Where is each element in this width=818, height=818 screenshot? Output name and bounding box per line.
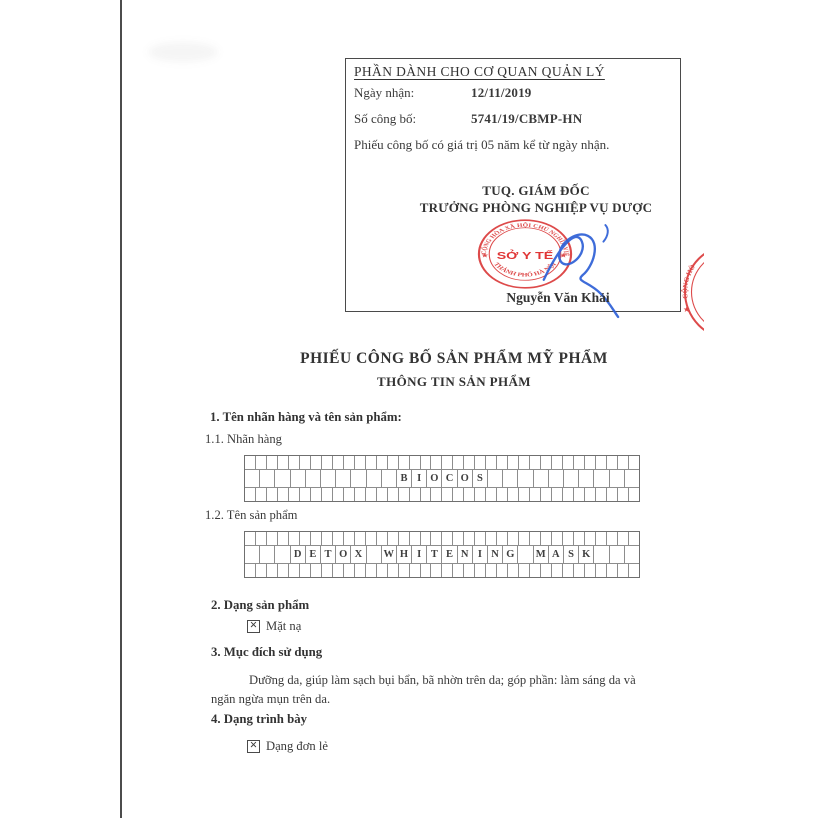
grid-cell [606, 488, 617, 501]
grid-cell [245, 456, 255, 469]
grid-cell [584, 564, 595, 577]
grid-cell [288, 456, 299, 469]
grid-cell [518, 488, 529, 501]
grid-cell [628, 456, 639, 469]
grid-cell [381, 470, 396, 487]
validity-note: Phiếu công bố có giá trị 05 năm kể từ ng… [354, 137, 609, 153]
grid-cell [310, 532, 321, 545]
grid-cell [474, 532, 485, 545]
grid-cell [517, 546, 532, 563]
checkbox-row-mat-na: ✕ Mặt nạ [247, 619, 301, 634]
grid-cell [628, 564, 639, 577]
grid-cell [332, 456, 343, 469]
grid-cell: D [290, 546, 305, 563]
grid-cell [563, 470, 578, 487]
edge-stamp-arc-text: CỘNG HÒ [681, 263, 697, 299]
grid-cell [573, 488, 584, 501]
stamp-star-left-icon: ★ [481, 252, 489, 260]
grid-cell [387, 456, 398, 469]
grid-cell [245, 546, 259, 563]
signer-titles: TUQ. GIÁM ĐỐC TRƯỞNG PHÒNG NGHIỆP VỤ DƯỢ… [401, 183, 671, 216]
grid-cell [606, 564, 617, 577]
grid-cell [441, 456, 452, 469]
brand-letter-grid: BIOCOS [244, 455, 640, 502]
grid-cell [496, 488, 507, 501]
grid-cell: B [396, 470, 411, 487]
grid-cell [387, 532, 398, 545]
grid-cell [452, 532, 463, 545]
grid-cell [628, 488, 639, 501]
grid-cell: T [320, 546, 335, 563]
grid-cell: G [502, 546, 517, 563]
grid-cell: M [533, 546, 548, 563]
grid-cell [617, 532, 628, 545]
grid-cell [551, 564, 562, 577]
grid-cell [376, 488, 387, 501]
grid-cell: O [426, 470, 441, 487]
grid-letter-row: BIOCOS [245, 469, 639, 487]
checkbox-row-dang-don-le: ✕ Dạng đơn lẻ [247, 739, 328, 754]
grid-cell [277, 532, 288, 545]
grid-cell [624, 546, 639, 563]
grid-cell [343, 532, 354, 545]
section-3-heading: 3. Mục đích sử dụng [211, 645, 322, 660]
signer-name: Nguyễn Văn Khải [468, 290, 648, 306]
grid-cell [496, 532, 507, 545]
product-letter-grid: DETOXWHITENINGMASK [244, 531, 640, 578]
grid-cell [343, 564, 354, 577]
grid-cell [398, 564, 409, 577]
grid-cell [310, 456, 321, 469]
grid-letter-row: DETOXWHITENINGMASK [245, 545, 639, 563]
grid-cell [255, 564, 266, 577]
grid-cell: C [441, 470, 456, 487]
grid-cell [518, 564, 529, 577]
svg-text:CỘNG HÒ: CỘNG HÒ [681, 263, 697, 299]
grid-filler-row [245, 456, 639, 469]
checkbox-label-mat-na: Mặt nạ [266, 619, 301, 634]
grid-cell [288, 488, 299, 501]
grid-cell [485, 488, 496, 501]
grid-cell [365, 456, 376, 469]
grid-cell [310, 488, 321, 501]
grid-cell [299, 456, 310, 469]
grid-cell [365, 564, 376, 577]
grid-cell [452, 488, 463, 501]
grid-cell [617, 564, 628, 577]
grid-cell [354, 488, 365, 501]
grid-cell [366, 546, 381, 563]
grid-cell [387, 488, 398, 501]
purpose-paragraph: Dưỡng da, giúp làm sạch bụi bẩn, bã nhờn… [211, 671, 639, 709]
grid-cell [529, 456, 540, 469]
grid-cell [365, 532, 376, 545]
grid-cell [266, 488, 277, 501]
grid-cell [578, 470, 593, 487]
admin-section-box: PHẦN DÀNH CHO CƠ QUAN QUẢN LÝ Ngày nhận:… [345, 58, 681, 312]
grid-cell [507, 564, 518, 577]
grid-cell [350, 470, 365, 487]
grid-cell [584, 456, 595, 469]
grid-cell [606, 456, 617, 469]
grid-cell [430, 532, 441, 545]
grid-cell [533, 470, 548, 487]
grid-cell [277, 456, 288, 469]
grid-cell [320, 470, 335, 487]
grid-cell [321, 488, 332, 501]
grid-cell [517, 470, 532, 487]
grid-cell [609, 470, 624, 487]
grid-cell [485, 532, 496, 545]
grid-cell [595, 488, 606, 501]
signer-title-line1: TUQ. GIÁM ĐỐC [401, 183, 671, 199]
grid-cell [518, 456, 529, 469]
grid-cell: W [381, 546, 396, 563]
grid-cell [409, 532, 420, 545]
scanned-declaration-document: PHẦN DÀNH CHO CƠ QUAN QUẢN LÝ Ngày nhận:… [0, 0, 818, 818]
grid-cell [332, 488, 343, 501]
grid-cell: O [457, 470, 472, 487]
grid-cell [299, 488, 310, 501]
grid-cell [430, 456, 441, 469]
grid-cell [321, 456, 332, 469]
grid-cell [540, 564, 551, 577]
grid-cell [529, 488, 540, 501]
grid-cell [548, 470, 563, 487]
grid-cell [518, 532, 529, 545]
edge-stamp-star-icon: ★ [683, 305, 690, 314]
grid-cell [376, 532, 387, 545]
grid-cell [310, 564, 321, 577]
page-subtitle: THÔNG TIN SẢN PHẨM [121, 374, 787, 390]
checked-checkbox-icon: ✕ [247, 740, 260, 753]
product-name-sublabel: 1.2. Tên sản phẩm [205, 508, 297, 523]
grid-cell [245, 532, 255, 545]
partial-edge-stamp-icon: CỘNG HÒ ★ [670, 242, 704, 344]
grid-cell: K [578, 546, 593, 563]
grid-cell [266, 456, 277, 469]
grid-cell [562, 456, 573, 469]
grid-cell [507, 488, 518, 501]
grid-cell [409, 488, 420, 501]
grid-cell [343, 456, 354, 469]
grid-cell [376, 456, 387, 469]
grid-cell [354, 564, 365, 577]
grid-cell [540, 456, 551, 469]
grid-cell [452, 564, 463, 577]
grid-cell [266, 564, 277, 577]
grid-cell [540, 488, 551, 501]
grid-cell [463, 532, 474, 545]
checked-checkbox-icon: ✕ [247, 620, 260, 633]
grid-cell [463, 564, 474, 577]
grid-cell [365, 488, 376, 501]
grid-cell [496, 456, 507, 469]
grid-cell [529, 532, 540, 545]
grid-cell [288, 532, 299, 545]
grid-cell [409, 456, 420, 469]
grid-cell [529, 564, 540, 577]
scan-smudge-artifact [148, 42, 218, 62]
grid-cell: S [472, 470, 487, 487]
grid-cell [551, 532, 562, 545]
grid-cell [398, 456, 409, 469]
grid-cell [245, 470, 259, 487]
grid-cell [628, 532, 639, 545]
grid-cell [409, 564, 420, 577]
received-date-label: Ngày nhận: [354, 85, 414, 101]
grid-cell [487, 470, 502, 487]
admin-box-heading: PHẦN DÀNH CHO CƠ QUAN QUẢN LÝ [354, 64, 605, 80]
grid-cell [277, 564, 288, 577]
grid-cell [245, 564, 255, 577]
section-2-heading: 2. Dạng sản phẩm [211, 598, 309, 613]
grid-cell: I [411, 470, 426, 487]
grid-filler-row [245, 487, 639, 501]
grid-cell [321, 564, 332, 577]
grid-cell [332, 532, 343, 545]
grid-cell: X [350, 546, 365, 563]
grid-cell [354, 456, 365, 469]
grid-cell [617, 488, 628, 501]
grid-cell [584, 488, 595, 501]
grid-cell [430, 564, 441, 577]
grid-cell [502, 470, 517, 487]
grid-cell [474, 488, 485, 501]
grid-cell [573, 532, 584, 545]
grid-cell [305, 470, 320, 487]
grid-cell [376, 564, 387, 577]
grid-cell [474, 564, 485, 577]
grid-cell [259, 470, 274, 487]
grid-cell [441, 532, 452, 545]
grid-cell [420, 532, 431, 545]
grid-cell [507, 532, 518, 545]
grid-cell [321, 532, 332, 545]
grid-cell [255, 532, 266, 545]
grid-cell [420, 456, 431, 469]
grid-cell [485, 456, 496, 469]
grid-cell [277, 488, 288, 501]
grid-cell [255, 456, 266, 469]
grid-cell [463, 488, 474, 501]
grid-cell [624, 470, 639, 487]
grid-cell [474, 456, 485, 469]
grid-cell [335, 470, 350, 487]
grid-cell: T [426, 546, 441, 563]
grid-cell [332, 564, 343, 577]
grid-cell [343, 488, 354, 501]
grid-cell: N [487, 546, 502, 563]
grid-cell [255, 488, 266, 501]
grid-cell [595, 564, 606, 577]
grid-cell [540, 532, 551, 545]
grid-cell [299, 564, 310, 577]
received-date-value: 12/11/2019 [471, 85, 532, 101]
grid-cell [551, 456, 562, 469]
grid-cell: I [411, 546, 426, 563]
grid-cell: E [441, 546, 456, 563]
grid-cell [617, 456, 628, 469]
grid-cell [430, 488, 441, 501]
section-4-heading: 4. Dạng trình bày [211, 712, 307, 727]
grid-cell [584, 532, 595, 545]
signer-title-line2: TRƯỞNG PHÒNG NGHIỆP VỤ DƯỢC [401, 200, 671, 216]
grid-cell [507, 456, 518, 469]
grid-cell [595, 456, 606, 469]
grid-cell [452, 456, 463, 469]
grid-filler-row [245, 532, 639, 545]
grid-cell: E [305, 546, 320, 563]
grid-cell: S [563, 546, 578, 563]
grid-cell [441, 488, 452, 501]
grid-cell [420, 564, 431, 577]
scan-left-edge-line [120, 0, 122, 818]
grid-cell [593, 470, 608, 487]
grid-cell [441, 564, 452, 577]
grid-cell: A [548, 546, 563, 563]
grid-cell [398, 488, 409, 501]
grid-cell [245, 488, 255, 501]
grid-cell [606, 532, 617, 545]
declaration-number-value: 5741/19/CBMP-HN [471, 111, 582, 127]
grid-cell [259, 546, 274, 563]
grid-cell [496, 564, 507, 577]
grid-cell [288, 564, 299, 577]
grid-cell [290, 470, 305, 487]
grid-cell [398, 532, 409, 545]
grid-cell [593, 546, 608, 563]
grid-cell [485, 564, 496, 577]
grid-cell [354, 532, 365, 545]
grid-cell [595, 532, 606, 545]
checkbox-label-dang-don-le: Dạng đơn lẻ [266, 739, 328, 754]
grid-cell [609, 546, 624, 563]
page-title: PHIẾU CÔNG BỐ SẢN PHẨM MỸ PHẨM [121, 350, 787, 368]
declaration-number-label: Số công bố: [354, 111, 416, 127]
grid-cell [274, 470, 289, 487]
section-1-heading: 1. Tên nhãn hàng và tên sản phẩm: [210, 410, 402, 425]
grid-cell: N [457, 546, 472, 563]
grid-cell: H [396, 546, 411, 563]
grid-cell [562, 488, 573, 501]
grid-cell [266, 532, 277, 545]
grid-cell [551, 488, 562, 501]
grid-cell [366, 470, 381, 487]
grid-cell [562, 564, 573, 577]
grid-cell [299, 532, 310, 545]
grid-cell [573, 564, 584, 577]
grid-cell [420, 488, 431, 501]
brand-sublabel: 1.1. Nhãn hàng [205, 432, 282, 447]
grid-filler-row [245, 563, 639, 577]
grid-cell: I [472, 546, 487, 563]
grid-cell [562, 532, 573, 545]
grid-cell [274, 546, 289, 563]
grid-cell [573, 456, 584, 469]
grid-cell [463, 456, 474, 469]
grid-cell: O [335, 546, 350, 563]
grid-cell [387, 564, 398, 577]
